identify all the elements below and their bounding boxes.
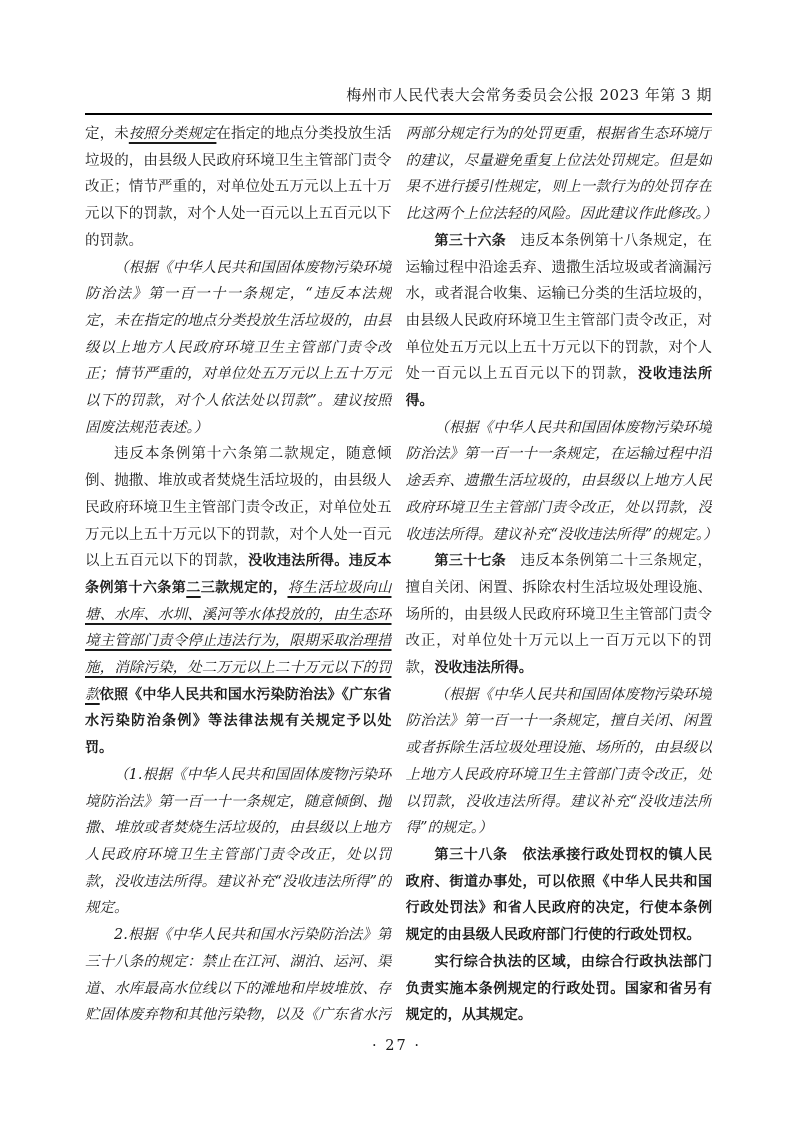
- paragraph: （根据《中华人民共和国固体废物污染环境防治法》第一百一十一条规定，在运输过程中沿…: [406, 415, 713, 549]
- text-run: 第三十七条: [435, 553, 506, 569]
- text-run: （根据《中华人民共和国固体废物污染环境防治法》第一百一十一条规定，在运输过程中沿…: [406, 420, 713, 543]
- paragraph: 实行综合执法的区域，由综合行政执法部门负责实施本条例规定的行政处罚。国家和省另有…: [406, 949, 713, 1029]
- text-run: 按照分类规定: [129, 126, 217, 142]
- header-rule: [85, 113, 712, 115]
- text-run: （根据《中华人民共和国固体废物污染环境防治法》第一百一十一条规定，“违反本法规定…: [85, 260, 392, 436]
- text-run: 定，未: [85, 126, 129, 142]
- text-run: （1.根据《中华人民共和国固体废物污染环境防治法》第一百一十一条规定，随意倾倒、…: [85, 767, 392, 917]
- page-number: · 27 ·: [372, 1038, 421, 1054]
- paragraph: 2.根据《中华人民共和国水污染防治法》第三十八条的规定：禁止在江河、湖泊、运河、…: [85, 922, 392, 1032]
- paragraph: （根据《中华人民共和国固体废物污染环境防治法》第一百一十一条规定，擅自关闭、闲置…: [406, 682, 713, 842]
- text-run: （根据《中华人民共和国固体废物污染环境防治法》第一百一十一条规定，擅自关闭、闲置…: [406, 687, 713, 837]
- paragraph: 第三十八条 依法承接行政处罚权的镇人民政府、街道办事处，可以依照《中华人民共和国…: [406, 842, 713, 949]
- text-run: 2.根据《中华人民共和国水污染防治法》第三十八条的规定：禁止在江河、湖泊、运河、…: [85, 927, 392, 1032]
- text-run: 三款规定的，: [201, 580, 288, 596]
- paragraph: 两部分规定行为的处罚更重，根据省生态环境厅的建议，尽量避免重复上位法处罚规定。但…: [406, 121, 713, 228]
- text-run: 在指定的地点分类投放生活垃圾的，由县级人民政府环境卫生主管部门责令改正；情节严重…: [85, 126, 392, 249]
- text-run: 违反本条例第十六条第二款规定，随意倾倒、抛撒、堆放或者焚烧生活垃圾的，由县级人民…: [85, 446, 392, 569]
- page-header: 梅州市人民代表大会常务委员会公报 2023 年第 3 期: [85, 84, 712, 115]
- text-run: 两部分规定行为的处罚更重，根据省生态环境厅的建议，尽量避免重复上位法处罚规定。但…: [406, 126, 713, 222]
- paragraph: 第三十六条 违反本条例第十八条规定，在运输过程中沿途丢弃、遗撒生活垃圾或者滴漏污…: [406, 228, 713, 415]
- document-page: 梅州市人民代表大会常务委员会公报 2023 年第 3 期 定，未按照分类规定在指…: [0, 0, 793, 1122]
- text-run: 第三十六条: [435, 233, 506, 249]
- text-run: 违反本条例第二十三条规定，擅自关闭、闲置、拆除农村生活垃圾处理设施、场所的，由县…: [406, 553, 713, 676]
- paragraph: 第三十七条 违反本条例第二十三条规定，擅自关闭、闲置、拆除农村生活垃圾处理设施、…: [406, 548, 713, 682]
- text-run: 没收违法所得。: [248, 553, 349, 569]
- text-run: 第三十八条 依法承接行政处罚权的镇人民政府、街道办事处，可以依照《中华人民共和国…: [406, 847, 713, 943]
- header-title: 梅州市人民代表大会常务委员会公报 2023 年第 3 期: [85, 84, 712, 113]
- right-column: 两部分规定行为的处罚更重，根据省生态环境厅的建议，尽量避免重复上位法处罚规定。但…: [406, 121, 713, 1032]
- text-run: 依照《中华人民共和国水污染防治法》《广东省水污染防治条例》等法律法规有关规定予以…: [85, 687, 392, 756]
- paragraph: （1.根据《中华人民共和国固体废物污染环境防治法》第一百一十一条规定，随意倾倒、…: [85, 762, 392, 922]
- paragraph: 定，未按照分类规定在指定的地点分类投放生活垃圾的，由县级人民政府环境卫生主管部门…: [85, 121, 392, 255]
- text-run: 违反本条例第十八条规定，在运输过程中沿途丢弃、遗撒生活垃圾或者滴漏污水，或者混合…: [406, 233, 713, 383]
- text-run: 二: [186, 580, 200, 596]
- page-footer: · 27 ·: [0, 1038, 793, 1054]
- left-column: 定，未按照分类规定在指定的地点分类投放生活垃圾的，由县级人民政府环境卫生主管部门…: [85, 121, 392, 1032]
- paragraph: （结合调研反馈情况，参考阳江市条例表述，: [406, 1029, 713, 1032]
- paragraph: 违反本条例第十六条第二款规定，随意倾倒、抛撒、堆放或者焚烧生活垃圾的，由县级人民…: [85, 441, 392, 761]
- text-run: 实行综合执法的区域，由综合行政执法部门负责实施本条例规定的行政处罚。国家和省另有…: [406, 954, 713, 1023]
- content-columns: 定，未按照分类规定在指定的地点分类投放生活垃圾的，由县级人民政府环境卫生主管部门…: [85, 121, 712, 1032]
- text-run: 没收违法所得。: [435, 660, 533, 676]
- paragraph: （根据《中华人民共和国固体废物污染环境防治法》第一百一十一条规定，“违反本法规定…: [85, 255, 392, 442]
- text-run: 将生活垃圾向山塘、水库、水圳、溪河等水体投放的，由生态环境主管部门责令停止违法行…: [85, 580, 392, 703]
